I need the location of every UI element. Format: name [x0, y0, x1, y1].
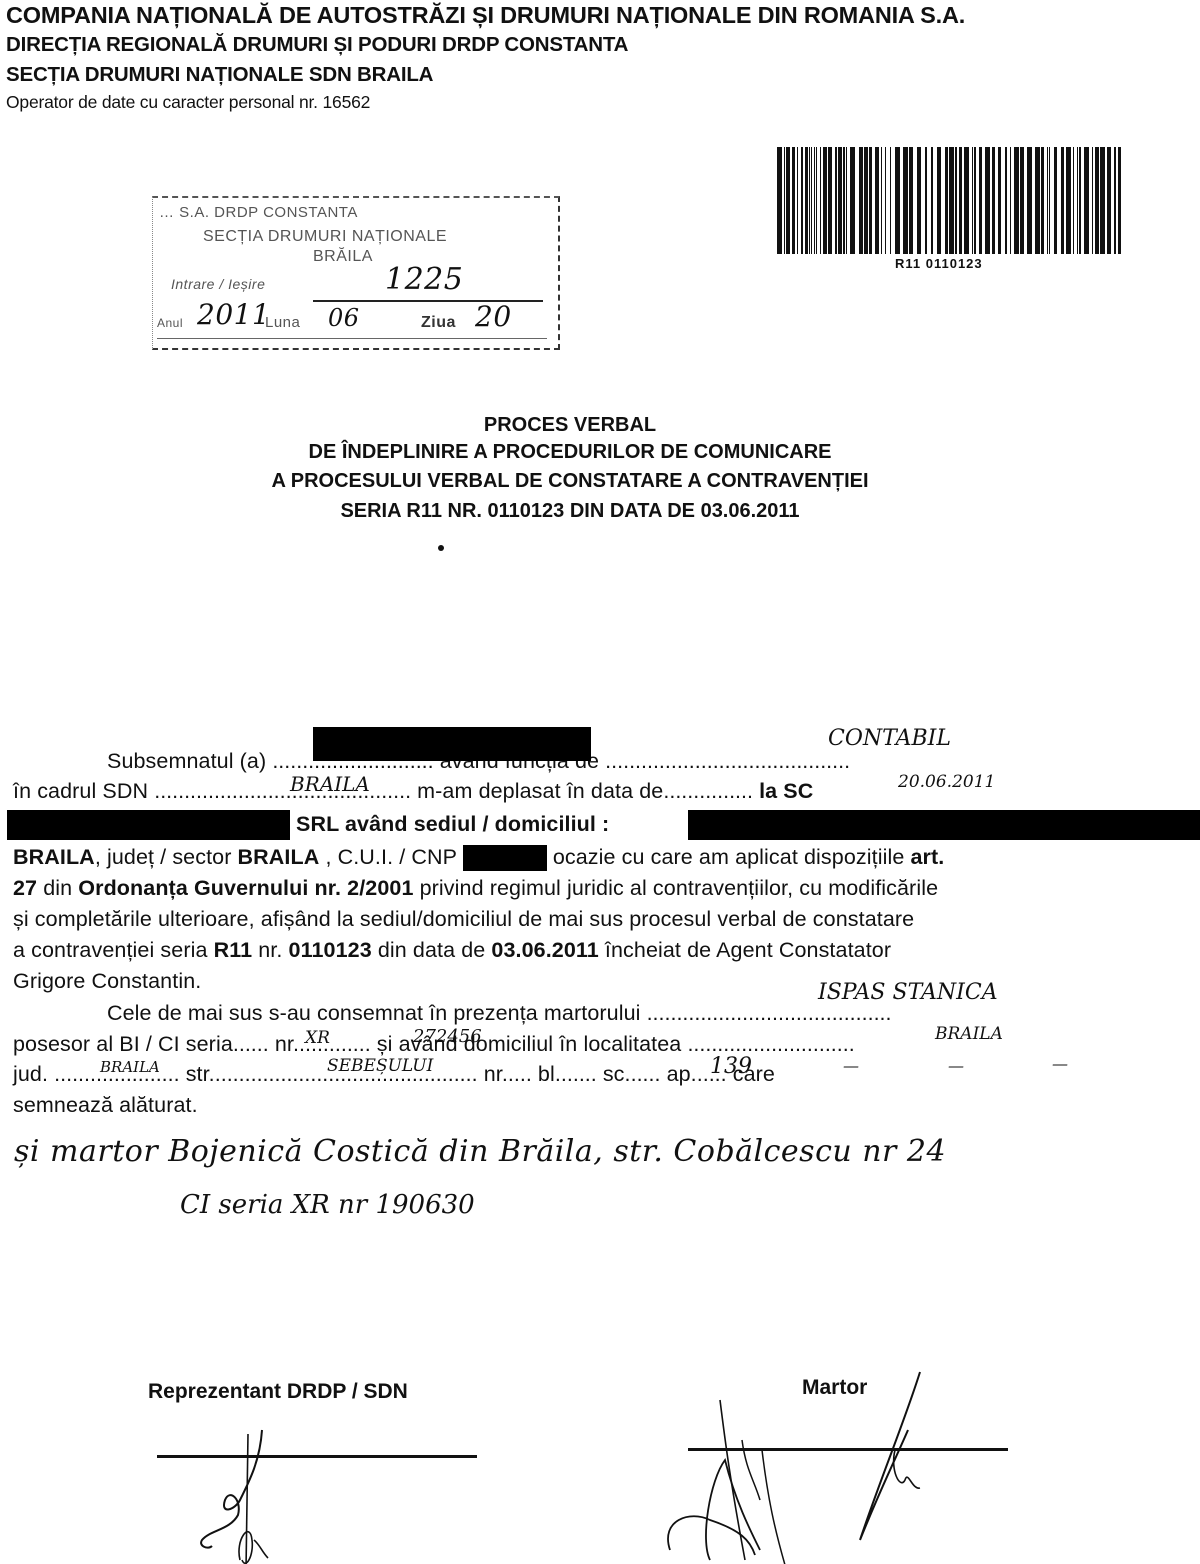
- handwritten-note-line-1: și martor Bojenică Costică din Brăila, s…: [14, 1134, 946, 1169]
- road-section: SECȚIA DRUMURI NAȚIONALE SDN BRAILA: [6, 63, 433, 87]
- barcode-number: R11 0110123: [895, 256, 983, 271]
- block-label: bl.: [538, 1062, 561, 1086]
- street-number-label: nr.: [484, 1062, 508, 1086]
- id-series-handwritten: XR: [305, 1028, 330, 1048]
- representative-signature: [190, 1420, 310, 1564]
- county-label: , județ / sector: [95, 845, 232, 869]
- body-line-9: Cele de mai sus s-au consemnat în prezen…: [107, 1001, 892, 1026]
- witness-presence-text: Cele de mai sus s-au consemnat în prezen…: [107, 1001, 641, 1025]
- stamp-day-label: Ziua: [421, 314, 456, 332]
- body-line-12: semnează alăturat.: [13, 1093, 198, 1118]
- staircase-handwritten: —: [948, 1056, 964, 1075]
- din-text: din: [43, 876, 72, 900]
- county-label: jud.: [13, 1062, 48, 1086]
- block-handwritten: —: [843, 1056, 859, 1075]
- data-operator-number: Operator de date cu caracter personal nr…: [6, 92, 370, 113]
- barcode: [775, 147, 1123, 254]
- apartment-handwritten: —: [1052, 1054, 1068, 1073]
- date-text: din data de: [378, 938, 486, 962]
- redacted-company: [7, 810, 290, 840]
- witness-signature: [650, 1360, 990, 1564]
- dotted-fill: ......: [233, 1032, 269, 1056]
- speck: [438, 545, 444, 551]
- barcode-bars: [775, 147, 1123, 254]
- body-line-7: a contravenției seria R11 nr. 0110123 di…: [13, 938, 891, 963]
- county: BRAILA: [238, 845, 320, 869]
- ordinance-ref: Ordonanța Guvernului nr. 2/2001: [78, 876, 413, 900]
- company-name: COMPANIA NAȚIONALĂ DE AUTOSTRĂZI ȘI DRUM…: [6, 2, 965, 29]
- representative-label: Reprezentant DRDP / SDN: [148, 1380, 408, 1404]
- witness-name-handwritten: ISPAS STANICA: [818, 980, 998, 1005]
- stamp-day: 20: [475, 300, 512, 333]
- county-handwritten: BRAILA: [100, 1058, 160, 1076]
- dotted-fill: ...............: [663, 779, 753, 803]
- stamp-year: 2011: [197, 298, 270, 331]
- redacted-name: [313, 727, 591, 761]
- street-label: str.: [186, 1062, 215, 1086]
- stamp-entry-number: 1225: [385, 262, 463, 297]
- city: BRAILA: [13, 845, 95, 869]
- function-handwritten: CONTABIL: [828, 726, 951, 751]
- stamp-line-2: SECȚIA DRUMURI NAȚIONALE: [203, 228, 447, 246]
- travel-label: m-am deplasat în data de: [417, 779, 663, 803]
- document-subtitle-2: A PROCESULUI VERBAL DE CONSTATARE A CONT…: [0, 470, 1140, 493]
- occasion-text: ocazie cu care am aplicat dispozițiile: [553, 845, 905, 869]
- art-label: art.: [910, 845, 944, 869]
- undersigned-label: Subsemnatul (a): [107, 749, 266, 773]
- art-number: 27: [13, 876, 37, 900]
- body-line-4: BRAILA, județ / sector BRAILA , C.U.I. /…: [13, 845, 944, 871]
- dotted-fill: ........................................…: [154, 779, 411, 803]
- dotted-fill: ........................................…: [605, 749, 850, 773]
- redacted-cnp: [463, 845, 547, 871]
- body-line-2: în cadrul SDN ..........................…: [13, 779, 813, 804]
- street-handwritten: SEBEȘULUI: [327, 1056, 433, 1076]
- stamp-line-3: BRĂILA: [313, 248, 373, 266]
- series-code: R11: [214, 938, 253, 962]
- id-number-label: nr.: [275, 1032, 299, 1056]
- stamp-line-1: … S.A. DRDP CONSTANTA: [159, 204, 358, 221]
- stamp-entry-label: Intrare / Ieșire: [171, 276, 265, 292]
- sc-label: la SC: [759, 779, 813, 803]
- body-line-5: 27 din Ordonanța Guvernului nr. 2/2001 p…: [13, 876, 938, 901]
- stamp-month-label: Luna: [265, 314, 300, 331]
- id-series-label: posesor al BI / CI seria: [13, 1032, 233, 1056]
- document-subtitle-1: DE ÎNDEPLINIRE A PROCEDURILOR DE COMUNIC…: [0, 441, 1140, 464]
- dotted-fill: ......: [561, 1062, 597, 1086]
- series-number: 0110123: [289, 938, 372, 962]
- handwritten-note-line-2: CI seria XR nr 190630: [180, 1190, 475, 1220]
- stamp-month: 06: [328, 304, 360, 332]
- staircase-label: sc.: [603, 1062, 631, 1086]
- date-handwritten: 20.06.2011: [898, 772, 995, 792]
- contravention-series-text: a contravenției seria: [13, 938, 208, 962]
- regime-text: privind regimul juridic al contravențiil…: [420, 876, 939, 900]
- document-title: PROCES VERBAL: [0, 414, 1140, 437]
- registration-stamp: … S.A. DRDP CONSTANTA SECȚIA DRUMURI NAȚ…: [152, 196, 560, 350]
- street-number-handwritten: 139: [710, 1054, 752, 1079]
- stamp-year-label: Anul: [157, 316, 183, 330]
- stamp-bottom-rule: [157, 338, 547, 339]
- dotted-fill: ............................: [687, 1032, 854, 1056]
- apartment-label: ap.: [667, 1062, 697, 1086]
- agent-name: Grigore Constantin.: [13, 969, 201, 994]
- sdn-handwritten: BRAILA: [290, 772, 370, 796]
- series-date: 03.06.2011: [491, 938, 598, 962]
- sdn-label: în cadrul SDN: [13, 779, 148, 803]
- dotted-fill: .....: [631, 1062, 661, 1086]
- body-line-6: și completările ulterioare, afișând la s…: [13, 907, 914, 932]
- body-line-3: SRL având sediul / domiciliul :: [296, 812, 609, 837]
- regional-directorate: DIRECȚIA REGIONALĂ DRUMURI ȘI PODURI DRD…: [6, 33, 628, 57]
- nr-text: nr.: [258, 938, 282, 962]
- agent-text: încheiat de Agent Constatator: [605, 938, 891, 962]
- document-series: SERIA R11 NR. 0110123 DIN DATA DE 03.06.…: [0, 500, 1140, 523]
- id-number-handwritten: 272456: [413, 1026, 482, 1047]
- locality-handwritten: BRAILA: [935, 1024, 1003, 1044]
- redacted-address: [688, 810, 1200, 840]
- cui-cnp-label: , C.U.I. / CNP: [325, 845, 456, 869]
- dotted-fill: ....: [508, 1062, 532, 1086]
